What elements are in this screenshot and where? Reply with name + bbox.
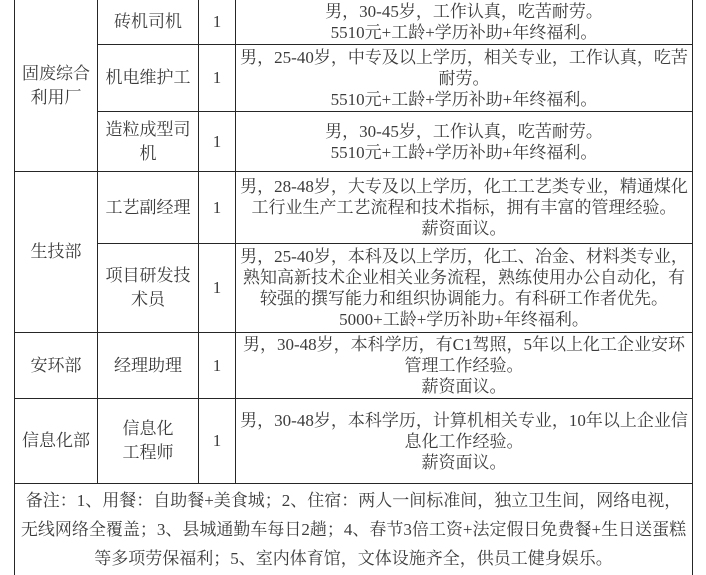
salary-text: 5510元+工龄+学历补助+年终福利。 bbox=[240, 89, 688, 110]
headcount-cell: 1 bbox=[199, 244, 236, 333]
headcount-cell: 1 bbox=[199, 112, 236, 172]
department-cell: 固废综合 利用厂 bbox=[15, 0, 98, 172]
headcount-cell: 1 bbox=[199, 0, 236, 45]
table-row: 固废综合 利用厂 砖机司机 1 男，30-45岁，工作认真，吃苦耐劳。 5510… bbox=[15, 0, 693, 45]
requirements-cell: 男，30-48岁，本科学历，有C1驾照，5年以上化工企业安环管理工作经验。 薪资… bbox=[236, 333, 693, 399]
requirements-cell: 男，28-48岁，大专及以上学历，化工工艺类专业，精通煤化工行业生产工艺流程和技… bbox=[236, 172, 693, 244]
salary-text: 5510元+工龄+学历补助+年终福利。 bbox=[240, 142, 688, 163]
requirement-text: 男，30-45岁，工作认真，吃苦耐劳。 bbox=[240, 121, 688, 142]
department-cell: 生技部 bbox=[15, 172, 98, 333]
headcount-cell: 1 bbox=[199, 399, 236, 484]
requirement-text: 男，25-40岁，中专及以上学历，相关专业，工作认真，吃苦耐劳。 bbox=[240, 47, 688, 89]
headcount-cell: 1 bbox=[199, 172, 236, 244]
position-cell: 机电维护工 bbox=[98, 45, 199, 112]
headcount-cell: 1 bbox=[199, 45, 236, 112]
salary-text: 5510元+工龄+学历补助+年终福利。 bbox=[240, 22, 688, 43]
requirements-cell: 男，25-40岁，本科及以上学历，化工、冶金、材料类专业，熟知高新技术企业相关业… bbox=[236, 244, 693, 333]
requirements-cell: 男，25-40岁，中专及以上学历，相关专业，工作认真，吃苦耐劳。 5510元+工… bbox=[236, 45, 693, 112]
department-cell: 信息化部 bbox=[15, 399, 98, 484]
table-row: 项目研发技 术员 1 男，25-40岁，本科及以上学历，化工、冶金、材料类专业，… bbox=[15, 244, 693, 333]
salary-text: 5000+工龄+学历补助+年终福利。 bbox=[240, 309, 688, 330]
requirements-cell: 男，30-45岁，工作认真，吃苦耐劳。 5510元+工龄+学历补助+年终福利。 bbox=[236, 0, 693, 45]
position-cell: 工艺副经理 bbox=[98, 172, 199, 244]
table-row: 机电维护工 1 男，25-40岁，中专及以上学历，相关专业，工作认真，吃苦耐劳。… bbox=[15, 45, 693, 112]
department-cell: 安环部 bbox=[15, 333, 98, 399]
recruitment-table: 固废综合 利用厂 砖机司机 1 男，30-45岁，工作认真，吃苦耐劳。 5510… bbox=[14, 0, 693, 575]
salary-text: 薪资面议。 bbox=[240, 376, 688, 397]
requirement-text: 男，30-48岁，本科学历，有C1驾照，5年以上化工企业安环管理工作经验。 bbox=[240, 334, 688, 376]
salary-text: 薪资面议。 bbox=[240, 452, 688, 473]
requirement-text: 男，25-40岁，本科及以上学历，化工、冶金、材料类专业，熟知高新技术企业相关业… bbox=[240, 246, 688, 309]
position-cell: 项目研发技 术员 bbox=[98, 244, 199, 333]
headcount-cell: 1 bbox=[199, 333, 236, 399]
position-cell: 造粒成型司 机 bbox=[98, 112, 199, 172]
remarks-cell: 备注：1、用餐：自助餐+美食城；2、住宿：两人一间标准间，独立卫生间，网络电视，… bbox=[15, 484, 693, 575]
requirement-text: 男，30-48岁，本科学历，计算机相关专业，10年以上企业信息化工作经验。 bbox=[240, 410, 688, 452]
salary-text: 薪资面议。 bbox=[240, 218, 688, 239]
recruitment-table-page: 固废综合 利用厂 砖机司机 1 男，30-45岁，工作认真，吃苦耐劳。 5510… bbox=[0, 0, 706, 575]
position-cell: 信息化 工程师 bbox=[98, 399, 199, 484]
table-row: 生技部 工艺副经理 1 男，28-48岁，大专及以上学历，化工工艺类专业，精通煤… bbox=[15, 172, 693, 244]
requirements-cell: 男，30-48岁，本科学历，计算机相关专业，10年以上企业信息化工作经验。 薪资… bbox=[236, 399, 693, 484]
table-row: 信息化部 信息化 工程师 1 男，30-48岁，本科学历，计算机相关专业，10年… bbox=[15, 399, 693, 484]
requirements-cell: 男，30-45岁，工作认真，吃苦耐劳。 5510元+工龄+学历补助+年终福利。 bbox=[236, 112, 693, 172]
table-row: 安环部 经理助理 1 男，30-48岁，本科学历，有C1驾照，5年以上化工企业安… bbox=[15, 333, 693, 399]
remarks-row: 备注：1、用餐：自助餐+美食城；2、住宿：两人一间标准间，独立卫生间，网络电视，… bbox=[15, 484, 693, 575]
requirement-text: 男，28-48岁，大专及以上学历，化工工艺类专业，精通煤化工行业生产工艺流程和技… bbox=[240, 176, 688, 218]
position-cell: 经理助理 bbox=[98, 333, 199, 399]
requirement-text: 男，30-45岁，工作认真，吃苦耐劳。 bbox=[240, 1, 688, 22]
position-cell: 砖机司机 bbox=[98, 0, 199, 45]
table-row: 造粒成型司 机 1 男，30-45岁，工作认真，吃苦耐劳。 5510元+工龄+学… bbox=[15, 112, 693, 172]
